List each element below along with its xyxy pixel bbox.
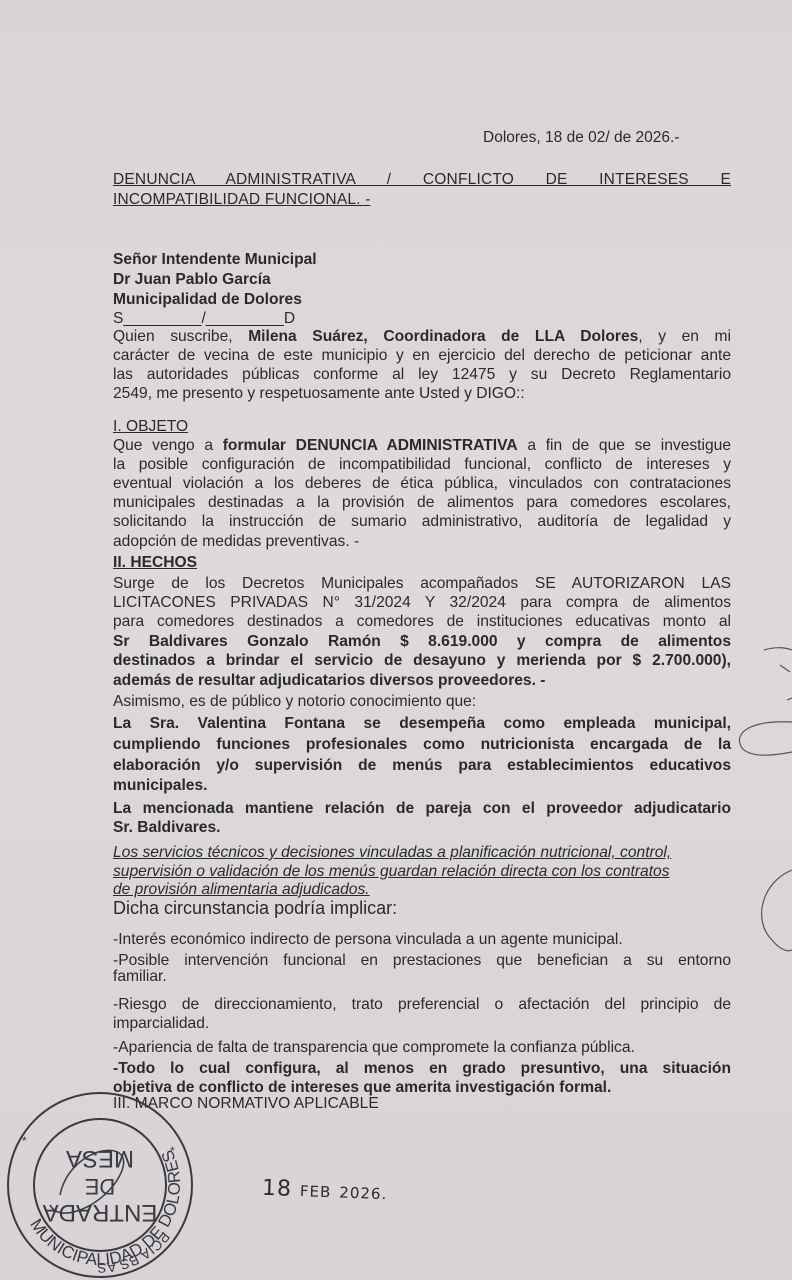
objeto-line: adopción de medidas preventivas. - [113,532,731,551]
addressee-institution: Municipalidad de Dolores [113,290,731,309]
section-heading-objeto: I. OBJETO [113,417,731,436]
hechos-line: Dicha circunstancia podría implicar: [113,899,731,918]
hechos-line: -Interés económico indirecto de persona … [113,930,731,949]
hechos-line: supervisión o validación de los menús gu… [113,862,731,881]
handwritten-received-date: 18 FEB 2026. [262,1176,388,1205]
section-heading-marco: III. MARCO NORMATIVO APLICABLE [113,1094,731,1113]
document-title-cont: INCOMPATIBILIDAD FUNCIONAL. - [113,191,371,208]
hechos-line: destinados a brindar el servicio de desa… [113,651,731,670]
intro-line: 2549, me presento y respetuosamente ante… [113,384,731,403]
hechos-line: de provisión alimentaria adjudicados. [113,880,731,899]
intro-text: , y en mi [638,328,731,345]
hechos-line: LICITACONES PRIVADAS N° 31/2024 Y 32/202… [113,593,731,612]
hand-day: 18 [262,1176,293,1202]
objeto-line: solicitando la instrucción de sumario ad… [113,512,731,531]
hechos-line: -Riesgo de direccionamiento, trato prefe… [113,995,731,1014]
hand-month: FEB [300,1182,332,1201]
document-title: DENUNCIA ADMINISTRATIVA / CONFLICTO DE I… [113,171,731,188]
mesa-de-entrada-stamp: MUNICIPALIDAD DE DOLORES PCIA BS AS ENTR… [0,1085,200,1280]
intro-text: Quien suscribe, [113,328,248,345]
place-date: Dolores, 18 de 02/ de 2026.- [483,129,679,147]
document-title-line1: DENUNCIA ADMINISTRATIVA / CONFLICTO DE I… [113,170,731,189]
hechos-line: elaboración y/o supervisión de menús par… [113,756,731,775]
objeto-text: a fin de que se investigue [518,437,731,454]
hechos-line: Asimismo, es de público y notorio conoci… [113,692,731,711]
intro-line: las autoridades públicas conforme al ley… [113,365,731,384]
hechos-line: municipales. [113,776,731,795]
document-page: Dolores, 18 de 02/ de 2026.- DENUNCIA AD… [0,0,792,1280]
intro-line: Quien suscribe, Milena Suárez, Coordinad… [113,327,731,346]
intro-line: carácter de vecina de este municipio y e… [113,346,731,365]
addressee-sd: S_________/_________D [113,309,731,328]
hechos-line: cumpliendo funciones profesionales como … [113,735,731,754]
hechos-line: -Todo lo cual configura, al menos en gra… [113,1059,731,1078]
objeto-line: eventual violación a los deberes de étic… [113,474,731,493]
svg-text:DE: DE [85,1174,116,1199]
hechos-line: Surge de los Decretos Municipales acompa… [113,574,731,593]
hechos-line: Sr. Baldivares. [113,818,731,837]
hechos-line: imparcialidad. [113,1014,731,1033]
signer-name: Milena Suárez, Coordinadora de LLA Dolor… [248,328,638,345]
margin-pen-marks [732,620,792,980]
document-title-line2: INCOMPATIBILIDAD FUNCIONAL. - [113,190,731,209]
svg-text:*: * [22,1134,27,1148]
objeto-line: la posible configuración de incompatibil… [113,455,731,474]
addressee-title: Señor Intendente Municipal [113,250,731,269]
hechos-line: Los servicios técnicos y decisiones vinc… [113,843,731,862]
objeto-bold: formular DENUNCIA ADMINISTRATIVA [223,437,518,454]
hechos-line: además de resultar adjudicatarios divers… [113,671,731,690]
addressee-name: Dr Juan Pablo García [113,270,731,289]
hechos-line: Sr Baldivares Gonzalo Ramón $ 8.619.000 … [113,632,731,651]
svg-text:*: * [170,1144,175,1158]
hechos-line: La mencionada mantiene relación de parej… [113,799,731,818]
hechos-line: -Apariencia de falta de transparencia qu… [113,1038,731,1057]
objeto-text: Que vengo a [113,437,223,454]
hand-year: 2026 [339,1184,382,1203]
hechos-line: para comedores destinados a comedores de… [113,612,731,631]
hechos-line: La Sra. Valentina Fontana se desempeña c… [113,714,731,733]
objeto-line: Que vengo a formular DENUNCIA ADMINISTRA… [113,436,731,455]
hechos-line: familiar. [113,967,731,986]
objeto-line: municipales destinadas a la provisión de… [113,493,731,512]
section-heading-hechos: II. HECHOS [113,553,731,572]
